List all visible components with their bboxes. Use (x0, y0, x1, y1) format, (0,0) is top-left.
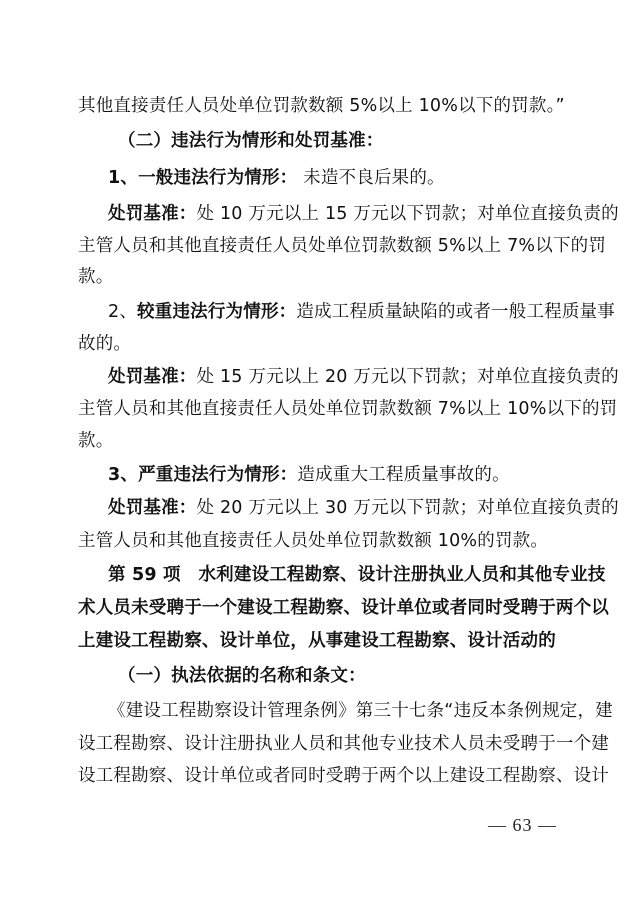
text-line: 设工程勘察、设计注册执业人员和其他专业技术人员未受聘于一个建 (78, 733, 558, 755)
text-line: 其他直接责任人员处单位罚款数额 5%以上 10%以下的罚款。” (78, 95, 558, 117)
document-page: 其他直接责任人员处单位罚款数额 5%以上 10%以下的罚款。” （二）违法行为情… (0, 0, 635, 898)
item-title-text: 上建设工程勘察、设计单位，从事建设工程勘察、设计活动的 (78, 631, 556, 651)
section-heading: （一）执法依据的名称和条文： (118, 665, 598, 687)
text-run: 《建设工程勘察设计管理条例》第三十七条“违反本条例规定，建 (108, 701, 613, 721)
text-run: 款。 (78, 267, 113, 287)
text-line: 主管人员和其他直接责任人员处单位罚款数额 7%以上 10%以下的罚 (78, 398, 558, 420)
text-line: 主管人员和其他直接责任人员处单位罚款数额 10%的罚款。 (78, 530, 558, 552)
text-run: 造成工程质量缺陷的或者一般工程质量事 (296, 302, 615, 322)
text-line: 主管人员和其他直接责任人员处单位罚款数额 5%以上 7%以下的罚 (78, 235, 558, 257)
item-title: 术人员未受聘于一个建设工程勘察、设计单位或者同时受聘于两个以 (78, 597, 558, 619)
text-line: 2、较重违法行为情形：造成工程质量缺陷的或者一般工程质量事 (108, 301, 558, 323)
text-line: 《建设工程勘察设计管理条例》第三十七条“违反本条例规定，建 (108, 700, 558, 722)
text-run: 主管人员和其他直接责任人员处单位罚款数额 7%以上 10%以下的罚 (78, 399, 617, 419)
text-line: 款。 (78, 266, 558, 288)
text-run: 设工程勘察、设计注册执业人员和其他专业技术人员未受聘于一个建 (78, 734, 609, 754)
bold-label: 处罚基准： (108, 498, 197, 518)
text-run: 未造不良后果的。 (297, 168, 444, 188)
text-line: 款。 (78, 430, 558, 452)
text-run: 处 15 万元以上 20 万元以下罚款；对单位直接负责的 (197, 367, 619, 387)
section-heading: （二）违法行为情形和处罚基准： (118, 130, 598, 152)
bold-label: 1、一般违法行为情形： (108, 168, 297, 188)
bold-label: 处罚基准： (108, 367, 197, 387)
text-line: 1、一般违法行为情形： 未造不良后果的。 (108, 167, 558, 189)
page-number: — 63 — (488, 815, 557, 836)
bold-label: 处罚基准： (108, 204, 197, 224)
text-run: 款。 (78, 431, 113, 451)
text-line: 设工程勘察、设计单位或者同时受聘于两个以上建设工程勘察、设计 (78, 765, 558, 787)
text-run: 主管人员和其他直接责任人员处单位罚款数额 10%的罚款。 (78, 531, 548, 551)
bold-label: 3、严重违法行为情形： (108, 465, 297, 485)
text-run: 其他直接责任人员处单位罚款数额 5%以上 10%以下的罚款。” (78, 96, 565, 116)
text-run: 故的。 (78, 334, 131, 354)
text-run: 设工程勘察、设计单位或者同时受聘于两个以上建设工程勘察、设计 (78, 766, 609, 786)
text-line: 处罚基准：处 15 万元以上 20 万元以下罚款；对单位直接负责的 (108, 366, 558, 388)
text-run: 2、 (108, 302, 137, 322)
text-run: 处 10 万元以上 15 万元以下罚款；对单位直接负责的 (197, 204, 619, 224)
text-run: 主管人员和其他直接责任人员处单位罚款数额 5%以上 7%以下的罚 (78, 236, 606, 256)
text-line: 处罚基准：处 20 万元以上 30 万元以下罚款；对单位直接负责的 (108, 497, 558, 519)
text-line: 3、严重违法行为情形：造成重大工程质量事故的。 (108, 464, 558, 486)
item-title: 上建设工程勘察、设计单位，从事建设工程勘察、设计活动的 (78, 630, 558, 652)
item-title-text: 第 59 项 水利建设工程勘察、设计注册执业人员和其他专业技 (108, 565, 606, 585)
bold-label: 较重违法行为情形： (137, 302, 296, 322)
heading-text: （二）违法行为情形和处罚基准： (118, 131, 384, 151)
heading-text: （一）执法依据的名称和条文： (118, 666, 366, 686)
item-title: 第 59 项 水利建设工程勘察、设计注册执业人员和其他专业技 (108, 564, 558, 586)
text-run: 处 20 万元以上 30 万元以下罚款；对单位直接负责的 (197, 498, 619, 518)
item-title-text: 术人员未受聘于一个建设工程勘察、设计单位或者同时受聘于两个以 (78, 598, 609, 618)
text-line: 处罚基准：处 10 万元以上 15 万元以下罚款；对单位直接负责的 (108, 203, 558, 225)
text-run: 造成重大工程质量事故的。 (297, 465, 509, 485)
text-line: 故的。 (78, 333, 558, 355)
